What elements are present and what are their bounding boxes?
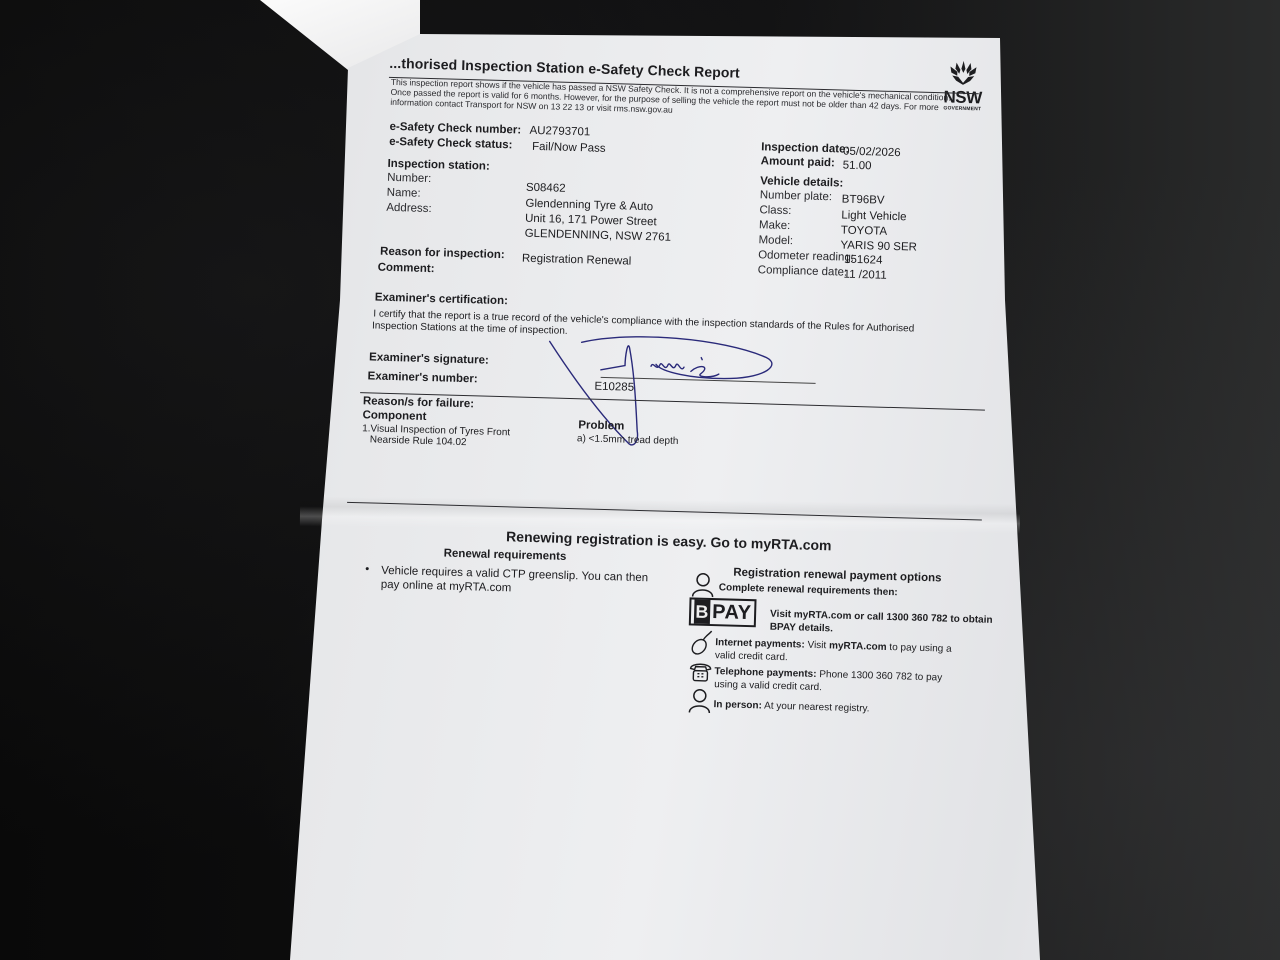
in-person-line: In person: At your nearest registry.: [713, 698, 869, 715]
bpay-wordmark: PAY: [712, 601, 752, 624]
bpay-line2: BPAY details.: [770, 621, 834, 636]
amount-paid-label: Amount paid:: [761, 155, 835, 169]
reason-value: Registration Renewal: [522, 253, 632, 268]
internet-payments-line2: valid credit card.: [715, 649, 788, 664]
requirements-heading: Renewal requirements: [444, 548, 567, 563]
telephone-icon: [688, 660, 713, 683]
in-person-text: At your nearest registry.: [762, 700, 870, 714]
safety-check-report: ...thorised Inspection Station e-Safety …: [340, 40, 1000, 778]
vehicle-field-label: Model:: [758, 234, 793, 247]
payment-options-heading: Registration renewal payment options: [733, 567, 942, 585]
component-line2: Nearside Rule 104.02: [370, 434, 467, 448]
mouse-icon: [689, 629, 714, 656]
comment-label: Comment:: [377, 262, 434, 276]
requirement-line2: pay online at myRTA.com: [381, 579, 512, 595]
person-icon: [687, 687, 712, 714]
failure-heading: Reason/s for failure:: [363, 395, 474, 410]
renewal-divider: [347, 502, 982, 521]
vehicle-field-label: Make:: [759, 219, 791, 232]
vehicle-field-value: 11 /2011: [843, 269, 886, 282]
examiner-number-label: Examiner's number:: [367, 370, 477, 385]
certification-heading: Examiner's certification:: [375, 292, 508, 308]
vehicle-field-label: Class:: [759, 204, 791, 217]
bpay-logo: BPAY: [689, 597, 757, 627]
station-number-value: S08462: [526, 182, 566, 195]
vehicle-field-value: Light Vehicle: [841, 210, 907, 224]
waratah-icon: [946, 58, 981, 85]
component-heading: Component: [362, 409, 426, 423]
vehicle-field-label: Compliance date:: [758, 264, 848, 278]
in-person-label: In person:: [713, 699, 762, 711]
internet-pre: Visit: [805, 640, 830, 652]
vehicle-field-value: TOYOTA: [841, 225, 888, 238]
station-name-value: Glendenning Tyre & Auto: [525, 198, 653, 214]
complete-requirements-text: Complete renewal requirements then:: [719, 582, 898, 598]
requirement-bullet: •: [365, 563, 369, 575]
vehicle-field-value: 151624: [844, 254, 883, 267]
vehicle-details-heading: Vehicle details:: [760, 175, 843, 189]
renewal-heading: Renewing registration is easy. Go to myR…: [506, 528, 832, 553]
station-name-label: Name:: [387, 187, 421, 200]
check-status-value: Fail/Now Pass: [532, 141, 606, 155]
check-status-label: e-Safety Check status:: [389, 136, 513, 151]
myrta-link[interactable]: myRTA.com: [829, 640, 887, 653]
vehicle-field-label: Odometer reading:: [758, 249, 854, 264]
station-number-label: Number:: [387, 172, 431, 185]
nsw-government-logo: NSW GOVERNMENT: [940, 58, 985, 112]
station-heading: Inspection station:: [387, 158, 490, 173]
person-icon: [691, 571, 716, 598]
report-title: ...thorised Inspection Station e-Safety …: [389, 55, 740, 81]
government-wordmark: GOVERNMENT: [940, 105, 984, 112]
internet-post: to pay using a: [886, 642, 951, 655]
check-number-label: e-Safety Check number:: [389, 121, 521, 137]
telephone-payments-line2: using a valid credit card.: [714, 678, 822, 694]
problem-heading: Problem: [578, 419, 624, 432]
vehicle-field-value: BT96BV: [842, 194, 885, 207]
station-address-line2: GLENDENNING, NSW 2761: [524, 228, 671, 244]
inspection-date-value: 05/02/2026: [843, 146, 901, 160]
vehicle-field-label: Number plate:: [760, 189, 833, 203]
check-number-value: AU2793701: [529, 125, 590, 139]
signature-label: Examiner's signature:: [369, 351, 489, 366]
amount-paid-value: 51.00: [843, 160, 872, 173]
telephone-text: Phone 1300 360 782 to pay: [816, 669, 942, 684]
bpay-b-icon: B: [694, 600, 711, 624]
reason-label: Reason for inspection:: [380, 246, 505, 261]
station-address-line1: Unit 16, 171 Power Street: [525, 213, 657, 229]
station-address-label: Address:: [386, 202, 432, 215]
inspection-date-label: Inspection date:: [761, 141, 849, 155]
